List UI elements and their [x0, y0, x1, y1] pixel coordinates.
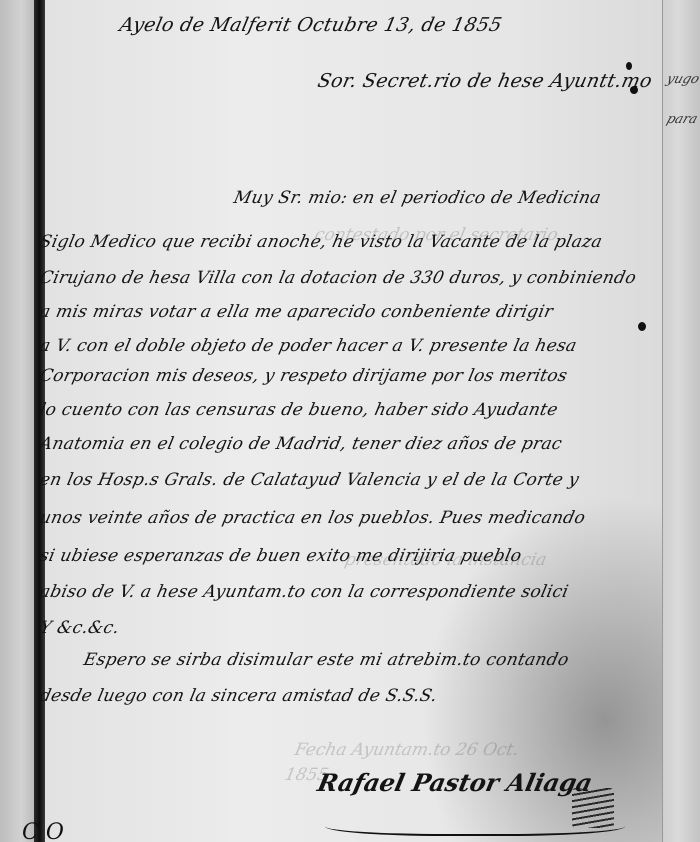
body-line: Corporacion mis deseos, y respeto dirija…	[38, 366, 569, 386]
body-line: abiso de V. a hese Ayuntam.to con la cor…	[38, 582, 570, 602]
salutation-line: Sor. Secret.rio de hese Ayuntt.mo	[316, 70, 655, 92]
adjacent-right-page: yugo para	[662, 0, 700, 842]
body-line: Espero se sirba disimular este mi atrebi…	[82, 650, 571, 670]
bleed-through-text: Fecha Ayuntam.to 26 Oct.	[293, 740, 521, 760]
body-line: desde luego con la sincera amistad de S.…	[38, 686, 439, 706]
body-line: en los Hosp.s Grals. de Calatayud Valenc…	[38, 470, 581, 490]
bottom-left-mark: C O	[22, 820, 64, 842]
body-line: Cirujano de hesa Villa con la dotacion d…	[38, 268, 638, 288]
signature: Rafael Pastor Aliaga	[315, 768, 595, 797]
body-line: a mis miras votar a ella me aparecido co…	[38, 302, 555, 322]
ink-spot	[638, 322, 646, 331]
ink-spot	[626, 62, 632, 70]
body-line: Siglo Medico que recibi anoche, he visto…	[38, 232, 604, 252]
right-page-fragment: para	[665, 112, 700, 127]
body-line: unos veinte años de practica en los pueb…	[38, 508, 587, 528]
body-line: Muy Sr. mio: en el periodico de Medicina	[232, 188, 603, 208]
body-line: lo cuento con las censuras de bueno, hab…	[38, 400, 560, 420]
adjacent-left-page	[0, 0, 36, 842]
signature-rubric	[572, 788, 614, 828]
right-page-fragment: yugo	[665, 72, 700, 87]
body-line: a V. con el doble objeto de poder hacer …	[38, 336, 579, 356]
place-date-line: Ayelo de Malferit Octubre 13, de 1855	[118, 14, 504, 36]
body-line: Y &c.&c.	[38, 618, 121, 638]
body-line: Anatomia en el colegio de Madrid, tener …	[38, 434, 564, 454]
letter-page: contestado por el secretario presentado …	[45, 0, 700, 842]
body-line: si ubiese esperanzas de buen exito me di…	[38, 546, 524, 566]
book-binding-edge	[34, 0, 45, 842]
